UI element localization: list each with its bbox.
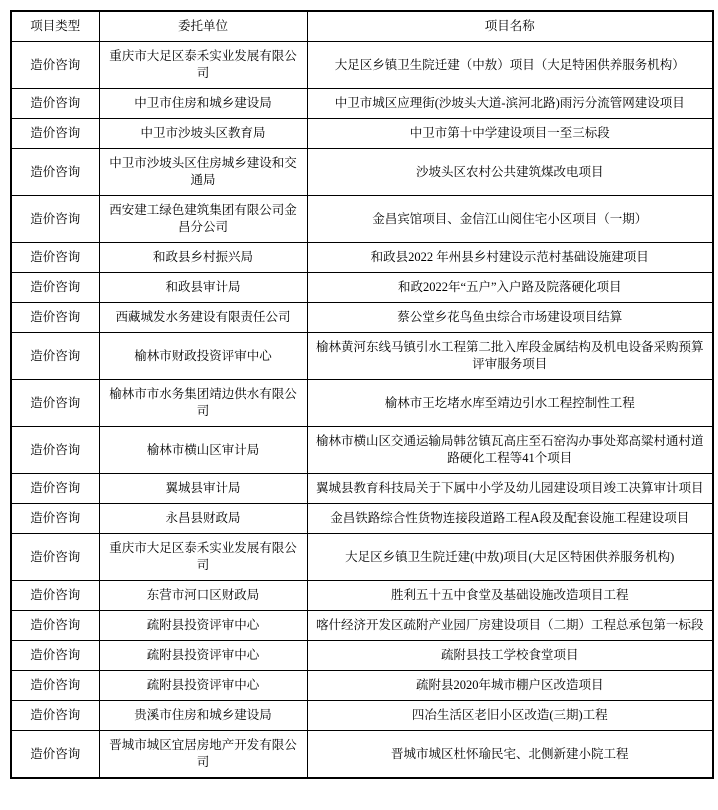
cell-client: 重庆市大足区泰禾实业发展有限公司 — [99, 42, 307, 89]
cell-client: 贵溪市住房和城乡建设局 — [99, 701, 307, 731]
cell-client: 榆林市市水务集团靖边供水有限公司 — [99, 380, 307, 427]
table-row: 造价咨询 中卫市住房和城乡建设局 中卫市城区应理街(沙坡头大道-滨河北路)雨污分… — [11, 89, 713, 119]
cell-project-type: 造价咨询 — [11, 731, 99, 779]
cell-project-type: 造价咨询 — [11, 273, 99, 303]
cell-project-name: 疏附县2020年城市棚户区改造项目 — [307, 671, 713, 701]
table-row: 造价咨询 重庆市大足区泰禾实业发展有限公司 大足区乡镇卫生院迁建(中敖)项目(大… — [11, 534, 713, 581]
column-header-project-type: 项目类型 — [11, 11, 99, 42]
cell-project-name: 中卫市城区应理街(沙坡头大道-滨河北路)雨污分流管网建设项目 — [307, 89, 713, 119]
project-table: 项目类型 委托单位 项目名称 造价咨询 重庆市大足区泰禾实业发展有限公司 大足区… — [10, 10, 714, 779]
cell-client: 和政县乡村振兴局 — [99, 243, 307, 273]
cell-project-name: 蔡公堂乡花鸟鱼虫综合市场建设项目结算 — [307, 303, 713, 333]
cell-project-name: 金昌宾馆项目、金信江山阅住宅小区项目（一期） — [307, 196, 713, 243]
cell-project-type: 造价咨询 — [11, 504, 99, 534]
table-row: 造价咨询 和政县乡村振兴局 和政县2022 年州县乡村建设示范村基础设施建项目 — [11, 243, 713, 273]
table-row: 造价咨询 永昌县财政局 金昌铁路综合性货物连接段道路工程A段及配套设施工程建设项… — [11, 504, 713, 534]
column-header-project-name: 项目名称 — [307, 11, 713, 42]
cell-client: 西安建工绿色建筑集团有限公司金昌分公司 — [99, 196, 307, 243]
cell-client: 西藏城发水务建设有限责任公司 — [99, 303, 307, 333]
cell-project-type: 造价咨询 — [11, 581, 99, 611]
table-row: 造价咨询 榆林市财政投资评审中心 榆林黄河东线马镇引水工程第二批入库段金属结构及… — [11, 333, 713, 380]
cell-client: 中卫市沙坡头区住房城乡建设和交通局 — [99, 149, 307, 196]
table-row: 造价咨询 榆林市横山区审计局 榆林市横山区交通运输局韩岔镇瓦高庄至石窑沟办事处郑… — [11, 427, 713, 474]
cell-project-name: 喀什经济开发区疏附产业园厂房建设项目（二期）工程总承包第一标段 — [307, 611, 713, 641]
cell-project-type: 造价咨询 — [11, 149, 99, 196]
table-row: 造价咨询 中卫市沙坡头区教育局 中卫市第十中学建设项目一至三标段 — [11, 119, 713, 149]
cell-project-type: 造价咨询 — [11, 333, 99, 380]
document-body: 项目类型 委托单位 项目名称 造价咨询 重庆市大足区泰禾实业发展有限公司 大足区… — [0, 0, 718, 787]
cell-project-type: 造价咨询 — [11, 427, 99, 474]
table-row: 造价咨询 榆林市市水务集团靖边供水有限公司 榆林市王圪堵水库至靖边引水工程控制性… — [11, 380, 713, 427]
cell-project-name: 四冶生活区老旧小区改造(三期)工程 — [307, 701, 713, 731]
table-row: 造价咨询 重庆市大足区泰禾实业发展有限公司 大足区乡镇卫生院迁建（中敖）项目（大… — [11, 42, 713, 89]
table-row: 造价咨询 西藏城发水务建设有限责任公司 蔡公堂乡花鸟鱼虫综合市场建设项目结算 — [11, 303, 713, 333]
cell-project-name: 晋城市城区杜怀瑜民宅、北侧新建小院工程 — [307, 731, 713, 779]
cell-project-name: 大足区乡镇卫生院迁建（中敖）项目（大足特困供养服务机构） — [307, 42, 713, 89]
cell-project-name: 榆林市王圪堵水库至靖边引水工程控制性工程 — [307, 380, 713, 427]
cell-project-name: 翼城县教育科技局关于下属中小学及幼儿园建设项目竣工决算审计项目 — [307, 474, 713, 504]
cell-project-type: 造价咨询 — [11, 701, 99, 731]
cell-project-type: 造价咨询 — [11, 474, 99, 504]
table-row: 造价咨询 疏附县投资评审中心 疏附县技工学校食堂项目 — [11, 641, 713, 671]
cell-client: 永昌县财政局 — [99, 504, 307, 534]
cell-project-name: 和政2022年“五户”入户路及院落硬化项目 — [307, 273, 713, 303]
cell-project-type: 造价咨询 — [11, 119, 99, 149]
table-row: 造价咨询 翼城县审计局 翼城县教育科技局关于下属中小学及幼儿园建设项目竣工决算审… — [11, 474, 713, 504]
cell-client: 重庆市大足区泰禾实业发展有限公司 — [99, 534, 307, 581]
cell-client: 东营市河口区财政局 — [99, 581, 307, 611]
table-row: 造价咨询 西安建工绿色建筑集团有限公司金昌分公司 金昌宾馆项目、金信江山阅住宅小… — [11, 196, 713, 243]
cell-project-name: 中卫市第十中学建设项目一至三标段 — [307, 119, 713, 149]
cell-client: 疏附县投资评审中心 — [99, 671, 307, 701]
cell-project-name: 榆林市横山区交通运输局韩岔镇瓦高庄至石窑沟办事处郑高粱村通村道路硬化工程等41个… — [307, 427, 713, 474]
cell-client: 榆林市横山区审计局 — [99, 427, 307, 474]
cell-project-type: 造价咨询 — [11, 42, 99, 89]
cell-client: 和政县审计局 — [99, 273, 307, 303]
cell-project-name: 金昌铁路综合性货物连接段道路工程A段及配套设施工程建设项目 — [307, 504, 713, 534]
column-header-client: 委托单位 — [99, 11, 307, 42]
cell-project-type: 造价咨询 — [11, 534, 99, 581]
table-row: 造价咨询 和政县审计局 和政2022年“五户”入户路及院落硬化项目 — [11, 273, 713, 303]
table-row: 造价咨询 疏附县投资评审中心 疏附县2020年城市棚户区改造项目 — [11, 671, 713, 701]
cell-project-type: 造价咨询 — [11, 89, 99, 119]
cell-client: 中卫市沙坡头区教育局 — [99, 119, 307, 149]
table-row: 造价咨询 疏附县投资评审中心 喀什经济开发区疏附产业园厂房建设项目（二期）工程总… — [11, 611, 713, 641]
table-row: 造价咨询 中卫市沙坡头区住房城乡建设和交通局 沙坡头区农村公共建筑煤改电项目 — [11, 149, 713, 196]
cell-project-name: 榆林黄河东线马镇引水工程第二批入库段金属结构及机电设备采购预算评审服务项目 — [307, 333, 713, 380]
cell-project-type: 造价咨询 — [11, 641, 99, 671]
table-row: 造价咨询 晋城市城区宜居房地产开发有限公司 晋城市城区杜怀瑜民宅、北侧新建小院工… — [11, 731, 713, 779]
cell-project-type: 造价咨询 — [11, 243, 99, 273]
cell-client: 疏附县投资评审中心 — [99, 611, 307, 641]
cell-project-name: 和政县2022 年州县乡村建设示范村基础设施建项目 — [307, 243, 713, 273]
cell-client: 中卫市住房和城乡建设局 — [99, 89, 307, 119]
table-row: 造价咨询 东营市河口区财政局 胜利五十五中食堂及基础设施改造项目工程 — [11, 581, 713, 611]
cell-project-type: 造价咨询 — [11, 303, 99, 333]
cell-project-name: 大足区乡镇卫生院迁建(中敖)项目(大足区特困供养服务机构) — [307, 534, 713, 581]
cell-client: 疏附县投资评审中心 — [99, 641, 307, 671]
cell-project-type: 造价咨询 — [11, 671, 99, 701]
cell-project-name: 疏附县技工学校食堂项目 — [307, 641, 713, 671]
cell-project-type: 造价咨询 — [11, 196, 99, 243]
cell-project-type: 造价咨询 — [11, 611, 99, 641]
cell-client: 翼城县审计局 — [99, 474, 307, 504]
cell-client: 榆林市财政投资评审中心 — [99, 333, 307, 380]
cell-project-name: 沙坡头区农村公共建筑煤改电项目 — [307, 149, 713, 196]
cell-project-name: 胜利五十五中食堂及基础设施改造项目工程 — [307, 581, 713, 611]
cell-client: 晋城市城区宜居房地产开发有限公司 — [99, 731, 307, 779]
cell-project-type: 造价咨询 — [11, 380, 99, 427]
header-row: 项目类型 委托单位 项目名称 — [11, 11, 713, 42]
table-row: 造价咨询 贵溪市住房和城乡建设局 四冶生活区老旧小区改造(三期)工程 — [11, 701, 713, 731]
